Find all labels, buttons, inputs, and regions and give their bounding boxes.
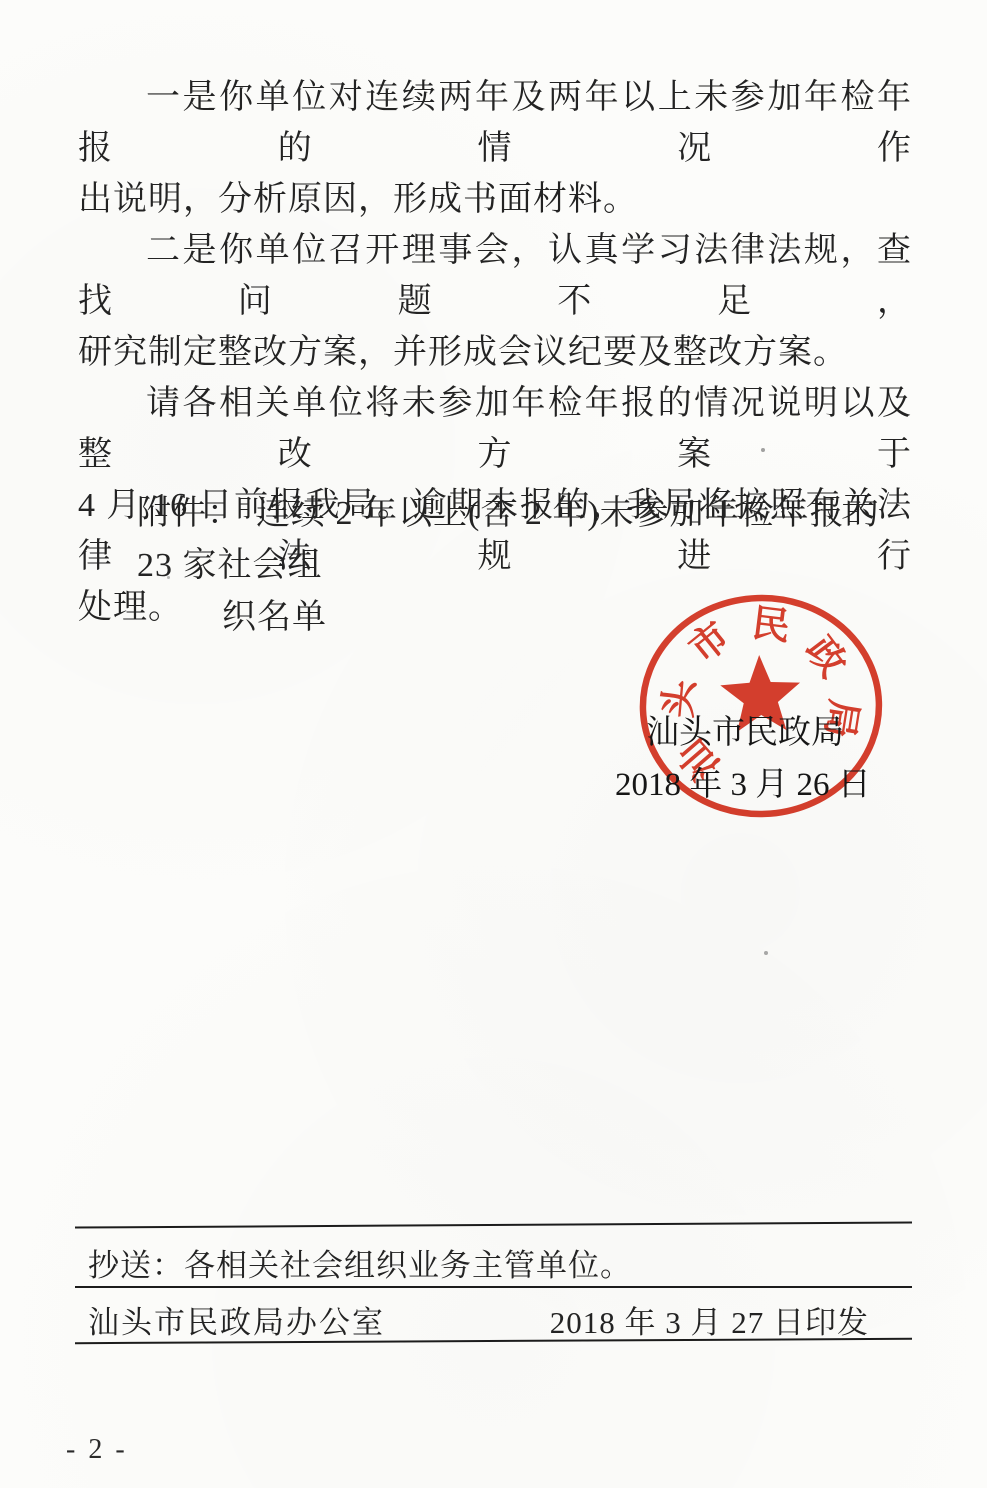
print-date: 2018 年 3 月 27 日印发 — [550, 1297, 869, 1342]
paragraph-line: 一是你单位对连续两年及两年以上未参加年检年报的情况作 — [78, 72, 912, 174]
cc-line: 抄送：各相关社会组织业务主管单位。 — [88, 1240, 632, 1285]
page-number: - 2 - — [66, 1434, 128, 1466]
document-page: 一是你单位对连续两年及两年以上未参加年检年报的情况作 出说明，分析原因，形成书面… — [0, 0, 987, 1488]
paragraph-line: 请各相关单位将未参加年检年报的情况说明以及整改方案于 — [78, 378, 912, 480]
star-icon — [719, 654, 801, 733]
attachment-line: 织名单 — [78, 592, 918, 644]
signature-org: 汕头市民政局 — [646, 706, 844, 753]
seal-char: 汕 — [671, 731, 728, 787]
paragraph-line: 出说明，分析原因，形成书面材料。 — [78, 174, 912, 225]
scan-speck — [764, 951, 768, 955]
attachment-label: 附件： — [137, 495, 256, 532]
paragraph-line: 研究制定整改方案，并形成会议纪要及整改方案。 — [78, 327, 912, 378]
footer-divider — [75, 1221, 912, 1228]
paragraph-line: 二是你单位召开理事会，认真学习法律法规，查找问题不足， — [78, 225, 912, 327]
scan-speck — [761, 448, 765, 452]
footer-divider — [75, 1286, 912, 1288]
seal-char: 头 — [658, 677, 703, 720]
signature-date: 2018 年 3 月 26 日 — [615, 758, 871, 805]
attachment-line: 附件：连续 2 年以上(含 2 年)未参加年检年报的 23 家社会组 — [78, 488, 918, 592]
scan-speck — [167, 576, 170, 579]
seal-char: 局 — [817, 697, 864, 741]
attachment-note: 附件：连续 2 年以上(含 2 年)未参加年检年报的 23 家社会组 织名单 — [78, 488, 918, 644]
issuing-office: 汕头市民政局办公室 — [88, 1297, 385, 1342]
